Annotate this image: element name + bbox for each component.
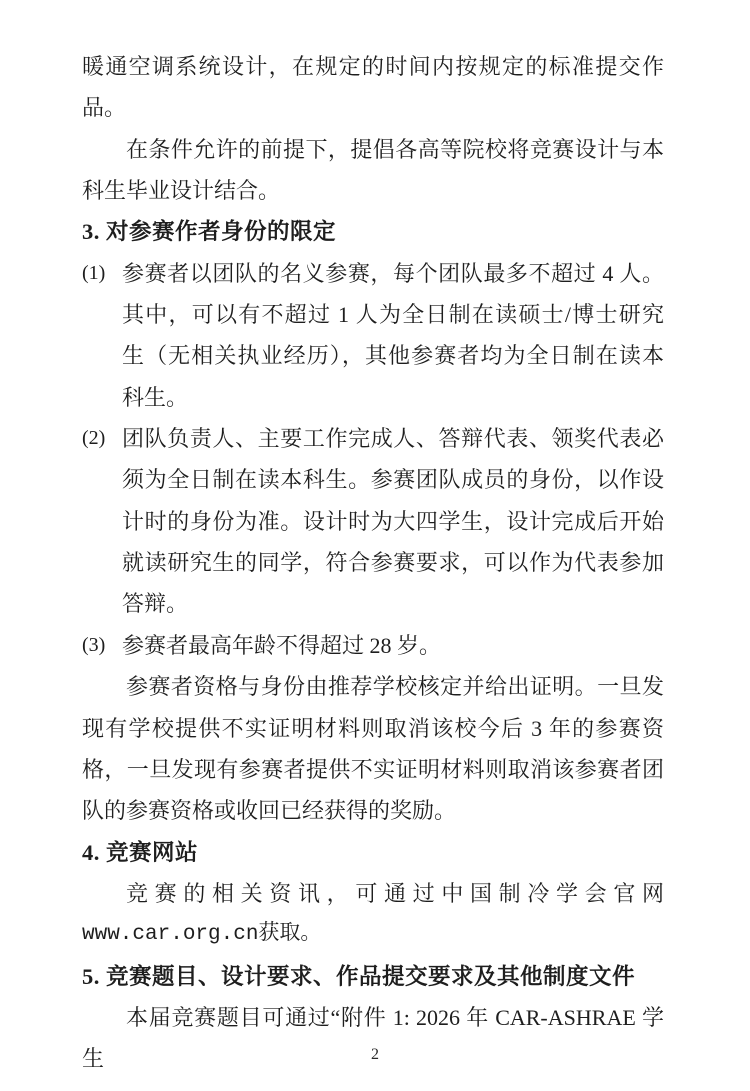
list-item-line: (3) 参赛者最高年龄不得超过 28 岁。 [122, 625, 664, 666]
section-3-heading: 3. 对参赛作者身份的限定 [82, 211, 664, 252]
list-item-text: 生（无相关执业经历），其他参赛者均为全日制在读本 [122, 335, 664, 376]
website-url-line: www.car.org.cn获取。 [82, 914, 664, 955]
list-item-text: 就读研究生的同学，符合参赛要求，可以作为代表参加 [122, 542, 664, 583]
list-item-text: 须为全日制在读本科生。参赛团队成员的身份，以作设 [122, 459, 664, 500]
list-item-line: 其中，可以有不超过 1 人为全日制在读硕士/博士研究 [122, 294, 664, 335]
section-4-heading: 4. 竞赛网站 [82, 832, 664, 873]
list-item-line: (2) 团队负责人、主要工作完成人、答辩代表、领奖代表必 [122, 418, 664, 459]
list-item-2-marker: (2) [82, 418, 105, 459]
eligibility-paragraph-line: 格，一旦发现有参赛者提供不实证明材料则取消该参赛者团 [82, 749, 664, 790]
list-item-text: 参赛者最高年龄不得超过 28 岁。 [122, 625, 664, 666]
intro-paragraph-line: 科生毕业设计结合。 [82, 170, 664, 211]
page-content: 暖通空调系统设计，在规定的时间内按规定的标准提交作 品。 在条件允许的前提下，提… [82, 46, 664, 1038]
list-item-line: 生（无相关执业经历），其他参赛者均为全日制在读本 [122, 335, 664, 376]
list-item-line: 就读研究生的同学，符合参赛要求，可以作为代表参加 [122, 542, 664, 583]
section-5-heading: 5. 竞赛题目、设计要求、作品提交要求及其他制度文件 [82, 956, 664, 997]
list-item-text: 答辩。 [122, 583, 664, 624]
list-item-line: 计时的身份为准。设计时为大四学生，设计完成后开始 [122, 501, 664, 542]
list-item-line: 答辩。 [122, 583, 664, 624]
intro-paragraph-line: 暖通空调系统设计，在规定的时间内按规定的标准提交作 [82, 46, 664, 87]
page-number: 2 [0, 1046, 750, 1064]
topic-paragraph-line: 本届竞赛题目可通过“附件 1: 2026 年 CAR-ASHRAE 学生 [82, 997, 664, 1038]
eligibility-paragraph-line: 参赛者资格与身份由推荐学校核定并给出证明。一旦发 [82, 666, 664, 707]
list-item-1-marker: (1) [82, 253, 105, 294]
document-page: 暖通空调系统设计，在规定的时间内按规定的标准提交作 品。 在条件允许的前提下，提… [0, 0, 750, 1091]
intro-paragraph-line: 品。 [82, 87, 664, 128]
list-item-3-marker: (3) [82, 625, 105, 666]
list-item-text: 参赛者以团队的名义参赛，每个团队最多不超过 4 人。 [122, 253, 664, 294]
list-item-line: (1) 参赛者以团队的名义参赛，每个团队最多不超过 4 人。 [122, 253, 664, 294]
list-item-text: 其中，可以有不超过 1 人为全日制在读硕士/博士研究 [122, 294, 664, 335]
list-item-text: 团队负责人、主要工作完成人、答辩代表、领奖代表必 [122, 418, 664, 459]
website-paragraph-line: 竞赛的相关资讯，可通过中国制冷学会官网 [82, 873, 664, 914]
intro-paragraph-line: 在条件允许的前提下，提倡各高等院校将竞赛设计与本 [82, 129, 664, 170]
list-item-line: 须为全日制在读本科生。参赛团队成员的身份，以作设 [122, 459, 664, 500]
list-item-text: 计时的身份为准。设计时为大四学生，设计完成后开始 [122, 501, 664, 542]
list-item-text: 科生。 [122, 377, 664, 418]
eligibility-paragraph-line: 队的参赛资格或收回已经获得的奖励。 [82, 790, 664, 831]
eligibility-paragraph-line: 现有学校提供不实证明材料则取消该校今后 3 年的参赛资 [82, 708, 664, 749]
list-item-line: 科生。 [122, 377, 664, 418]
